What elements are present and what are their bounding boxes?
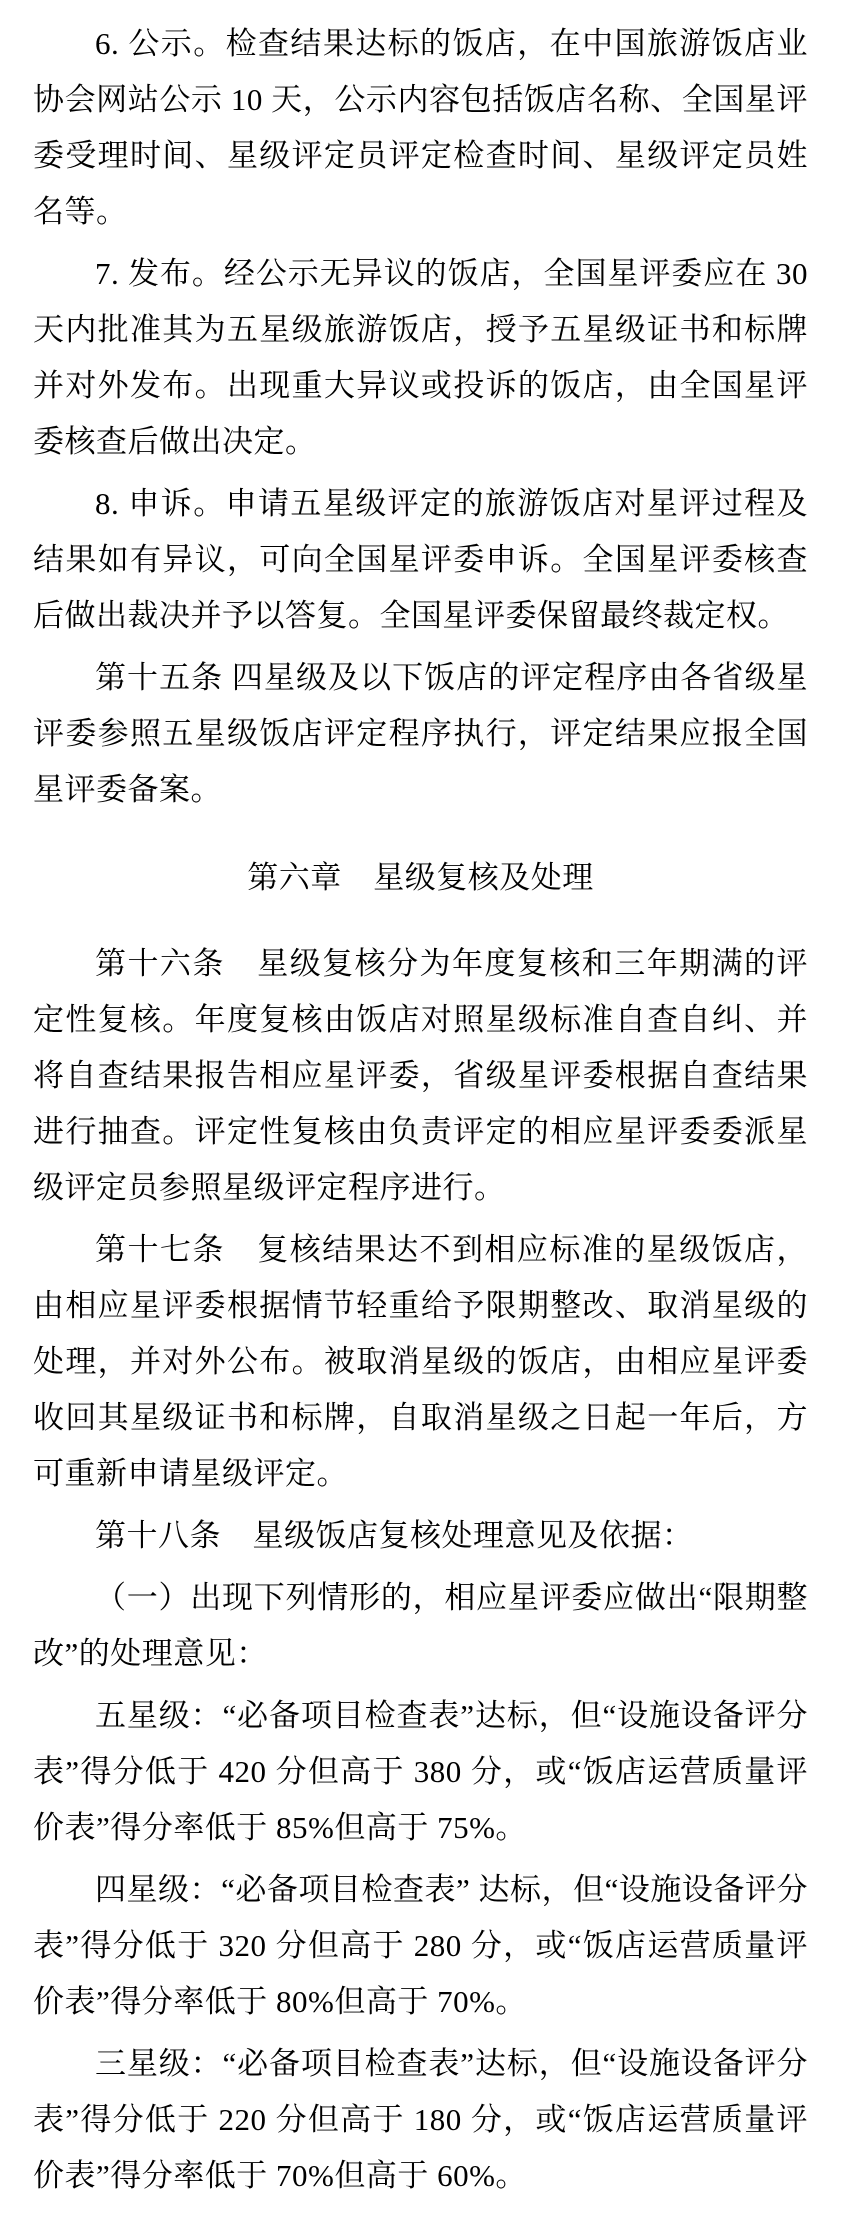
document-page: 6. 公示。检查结果达标的饭店，在中国旅游饭店业协会网站公示 10 天，公示内容… <box>0 0 844 2234</box>
paragraph-article-18: 第十八条 星级饭店复核处理意见及依据： <box>33 1508 808 1564</box>
paragraph-five-star-criteria: 五星级：“必备项目检查表”达标，但“设施设备评分表”得分低于 420 分但高于 … <box>33 1688 808 1856</box>
paragraph-three-star-criteria: 三星级：“必备项目检查表”达标，但“设施设备评分表”得分低于 220 分但高于 … <box>33 2036 808 2204</box>
paragraph-item-7-fabu: 7. 发布。经公示无异议的饭店，全国星评委应在 30 天内批准其为五星级旅游饭店… <box>33 246 808 470</box>
paragraph-article-16: 第十六条 星级复核分为年度复核和三年期满的评定性复核。年度复核由饭店对照星级标准… <box>33 936 808 1216</box>
chapter-heading: 第六章 星级复核及处理 <box>33 850 808 906</box>
paragraph-item-6-gongshi: 6. 公示。检查结果达标的饭店，在中国旅游饭店业协会网站公示 10 天，公示内容… <box>33 16 808 240</box>
paragraph-item-8-shensu: 8. 申诉。申请五星级评定的旅游饭店对星评过程及结果如有异议，可向全国星评委申诉… <box>33 476 808 644</box>
paragraph-four-star-criteria: 四星级：“必备项目检查表” 达标，但“设施设备评分表”得分低于 320 分但高于… <box>33 1862 808 2030</box>
paragraph-article-15: 第十五条 四星级及以下饭店的评定程序由各省级星评委参照五星级饭店评定程序执行，评… <box>33 650 808 818</box>
paragraph-clause-1: （一）出现下列情形的，相应星评委应做出“限期整改”的处理意见： <box>33 1570 808 1682</box>
paragraph-article-17: 第十七条 复核结果达不到相应标准的星级饭店，由相应星评委根据情节轻重给予限期整改… <box>33 1222 808 1502</box>
